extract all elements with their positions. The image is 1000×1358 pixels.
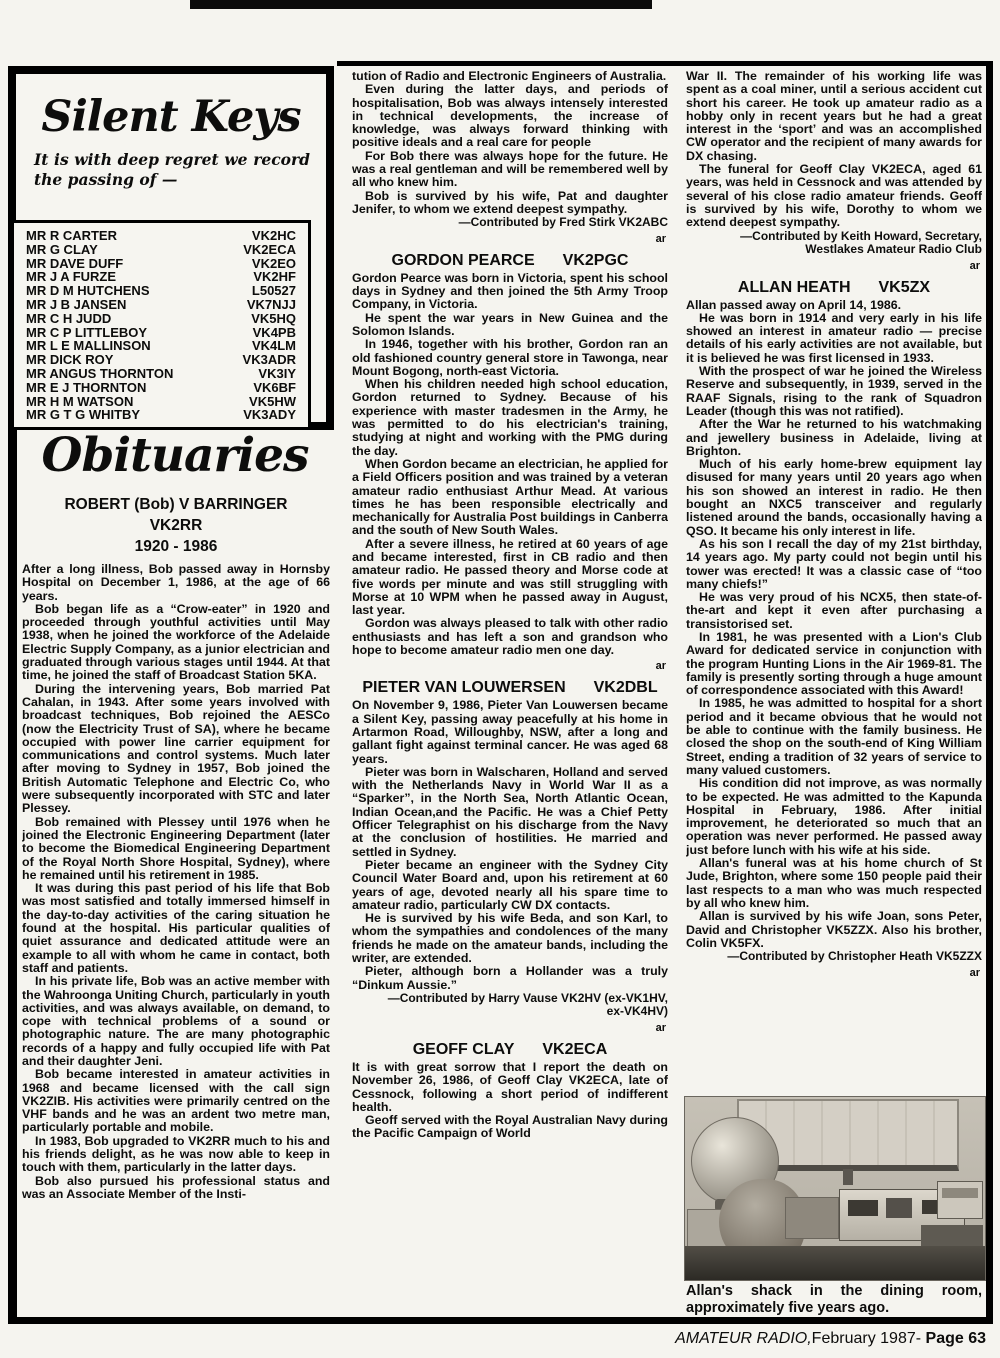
obituary-column-2: tution of Radio and Electronic Engineers… [352,70,668,1316]
obituary-paragraph: He is survived by his wife Beda, and son… [352,912,668,965]
silent-keys-name: MR C P LITTLEBOY [26,326,147,340]
contribution-line: Westlakes Amateur Radio Club [686,243,982,257]
silent-keys-name: MR DAVE DUFF [26,257,123,271]
contribution-credit: —Contributed by Christopher Heath VK5ZZX [686,950,982,964]
contribution-line: —Contributed by Fred Stirk VK2ABC [352,216,668,230]
obituary-heading-callsign: VK2ECA [542,1040,607,1059]
silent-keys-row: MR E J THORNTONVK6BF [26,381,296,395]
silent-keys-title: Silent Keys [16,92,326,142]
obituary-heading-name: GORDON PEARCE [392,251,535,270]
silent-keys-row: MR H M WATSONVK5HW [26,395,296,409]
silent-keys-name: MR R CARTER [26,229,117,243]
obituary-paragraph: He was very proud of his NCX5, then stat… [686,591,982,631]
shack-photo [684,1096,986,1281]
obituary-paragraph: On November 9, 1986, Pieter Van Louwerse… [352,699,668,765]
silent-keys-row: MR DAVE DUFFVK2EO [26,257,296,271]
obituary-header-line: VK2RR [22,515,330,536]
obituary-paragraph: He spent the war years in New Guinea and… [352,312,668,339]
photo-caption-line2: approximately five years ago. [686,1300,982,1317]
silent-keys-callsign: VK6BF [253,381,296,395]
silent-keys-row: MR C H JUDDVK5HQ [26,312,296,326]
obituary-header-line: ROBERT (Bob) V BARRINGER [22,494,330,515]
footer-magazine-name: AMATEUR RADIO, [675,1330,812,1347]
silent-keys-name: MR L E MALLINSON [26,339,151,353]
obituary-paragraph: Bob also pursued his professional status… [22,1175,330,1202]
obituary-paragraph: Allan passed away on April 14, 1986. [686,299,982,312]
obituary-paragraph: Much of his early home-brew equipment la… [686,458,982,538]
obituary-heading-name: GEOFF CLAY [413,1040,515,1059]
obituary-paragraph: After a severe illness, he retired at 60… [352,538,668,618]
page-right-rule [986,61,993,1324]
silent-keys-subtitle: It is with deep regret we record the pas… [34,150,310,190]
silent-keys-name: MR DICK ROY [26,353,113,367]
obituary-paragraph: tution of Radio and Electronic Engineers… [352,70,668,83]
silent-keys-callsign: VK5HQ [251,312,296,326]
obituary-paragraph: In his private life, Bob was an active m… [22,975,330,1068]
silent-keys-name: MR G T G WHITBY [26,408,140,422]
silent-keys-name: MR H M WATSON [26,395,133,409]
silent-keys-callsign: VK3ADR [243,353,296,367]
contribution-line: —Contributed by Christopher Heath VK5ZZX [686,950,982,964]
contribution-line: —Contributed by Harry Vause VK2HV (ex-VK… [352,992,668,1006]
obituary-paragraph: Even during the latter days, and periods… [352,83,668,149]
silent-keys-row: MR L E MALLINSONVK4LM [26,339,296,353]
obituary-paragraph: He was born in 1914 and very early in hi… [686,312,982,365]
photo-map-hanger [843,1169,853,1185]
obituary-paragraph: Bob became interested in amateur activit… [22,1068,330,1134]
footer-page-number: Page 63 [926,1330,986,1347]
page-bottom-rule [8,1317,993,1324]
silent-keys-callsign: VK2HC [252,229,296,243]
obituary-paragraph: In 1946, together with his brother, Gord… [352,338,668,378]
obituary-heading: GEOFF CLAYVK2ECA [352,1040,668,1059]
contribution-line: —Contributed by Keith Howard, Secretary, [686,230,982,244]
obituary-paragraph: Pieter became an engineer with the Sydne… [352,859,668,912]
contribution-credit: —Contributed by Keith Howard, Secretary,… [686,230,982,257]
contribution-line: ex-VK4HV) [352,1005,668,1019]
obituary-paragraph: With the prospect of war he joined the W… [686,365,982,418]
obituary-paragraph: Gordon Pearce was born in Victoria, spen… [352,272,668,312]
page-top-rule [337,61,993,66]
silent-keys-callsign: VK4PB [253,326,296,340]
silent-keys-callsign: VK2EO [252,257,296,271]
obituary-heading-callsign: VK5ZX [879,278,931,297]
silent-keys-subtitle-line2: the passing of — [34,170,310,190]
silent-keys-callsign: VK3IY [258,367,296,381]
silent-keys-name: MR E J THORNTON [26,381,146,395]
end-of-article-mark: ar [686,260,980,272]
obituary-paragraph: His condition did not improve, as was no… [686,777,982,857]
silent-keys-name: MR C H JUDD [26,312,111,326]
obituary-paragraph: The funeral for Geoff Clay VK2ECA, aged … [686,163,982,229]
magazine-page: Silent Keys It is with deep regret we re… [0,0,1000,1358]
silent-keys-row: MR D M HUTCHENSL50527 [26,284,296,298]
silent-keys-callsign: VK3ADY [243,408,296,422]
obituaries-title: Obituaries [20,428,330,483]
obituary-paragraph: Bob began life as a “Crow-eater” in 1920… [22,603,330,683]
obituary-paragraph: In 1983, Bob upgraded to VK2RR much to h… [22,1135,330,1175]
end-of-article-mark: ar [352,1022,666,1034]
obituary-heading: ALLAN HEATHVK5ZX [686,278,982,297]
obituary-header-line: 1920 - 1986 [22,536,330,557]
silent-keys-callsign: VK5HW [249,395,296,409]
silent-keys-name: MR D M HUTCHENS [26,284,150,298]
obituary-paragraph: It is with great sorrow that I report th… [352,1061,668,1114]
photo-transceiver-display [886,1198,912,1218]
obituary-paragraph: Bob is survived by his wife, Pat and dau… [352,190,668,217]
silent-keys-name: MR G CLAY [26,243,98,257]
end-of-article-mark: ar [352,233,666,245]
silent-keys-row: MR DICK ROYVK3ADR [26,353,296,367]
photo-desk [685,1246,985,1280]
obituary-paragraph: When his children needed high school edu… [352,378,668,458]
obituary-heading-callsign: VK2DBL [594,678,658,697]
obituary-paragraph: After the War he returned to his watchma… [686,418,982,458]
footer-date: February 1987- [812,1330,926,1347]
obituary-paragraph: During the intervening years, Bob marrie… [22,683,330,816]
obituary-paragraph: Geoff served with the Royal Australian N… [352,1114,668,1141]
scan-artifact-bar [190,0,652,9]
silent-keys-callsign: VK2ECA [243,243,296,257]
silent-keys-row: MR ANGUS THORNTONVK3IY [26,367,296,381]
silent-keys-callsign: VK7NJJ [247,298,296,312]
end-of-article-mark: ar [686,967,980,979]
obituary-paragraph: In 1985, he was admitted to hospital for… [686,697,982,777]
silent-keys-name: MR J A FURZE [26,270,116,284]
end-of-article-mark: ar [352,660,666,672]
obituary-heading-name: ALLAN HEATH [738,278,851,297]
obituary-heading: GORDON PEARCEVK2PGC [352,251,668,270]
obituary-header-block: ROBERT (Bob) V BARRINGERVK2RR1920 - 1986 [22,494,330,557]
obituary-heading-callsign: VK2PGC [563,251,629,270]
obituary-paragraph: Allan is survived by his wife Joan, sons… [686,910,982,950]
obituary-paragraph: Pieter was born in Walscharen, Holland a… [352,766,668,859]
photo-caption: Allan's shack in the dining room, approx… [686,1283,982,1316]
obituary-paragraph: After a long illness, Bob passed away in… [22,563,330,603]
contribution-credit: —Contributed by Fred Stirk VK2ABC [352,216,668,230]
photo-transceiver-dial [848,1200,878,1216]
obituary-paragraph: For Bob there was always hope for the fu… [352,150,668,190]
obituary-heading: PIETER VAN LOUWERSENVK2DBL [352,678,668,697]
obituary-column-3: War II. The remainder of his working lif… [686,70,982,1092]
obituary-paragraph: Pieter, although born a Hollander was a … [352,965,668,992]
obituary-column-1: ROBERT (Bob) V BARRINGERVK2RR1920 - 1986… [22,494,330,1316]
obituary-paragraph: War II. The remainder of his working lif… [686,70,982,163]
silent-keys-name: MR J B JANSEN [26,298,126,312]
obituary-heading-name: PIETER VAN LOUWERSEN [362,678,565,697]
silent-keys-name: MR ANGUS THORNTON [26,367,173,381]
photo-papers [785,1197,839,1239]
silent-keys-box: Silent Keys It is with deep regret we re… [8,66,334,430]
silent-keys-list: MR R CARTERVK2HCMR G CLAYVK2ECAMR DAVE D… [11,220,311,430]
silent-keys-callsign: VK2HF [253,270,296,284]
silent-keys-row: MR C P LITTLEBOYVK4PB [26,326,296,340]
contribution-credit: —Contributed by Harry Vause VK2HV (ex-VK… [352,992,668,1019]
obituary-paragraph: When Gordon became an electrician, he ap… [352,458,668,538]
obituary-paragraph: Allan's funeral was at his home church o… [686,857,982,910]
silent-keys-callsign: VK4LM [252,339,296,353]
photo-caption-line1: Allan's shack in the dining room, [686,1283,982,1300]
obituary-paragraph: As his son I recall the day of my 21st b… [686,538,982,591]
silent-keys-callsign: L50527 [252,284,296,298]
silent-keys-row: MR G CLAYVK2ECA [26,243,296,257]
obituary-paragraph: Gordon was always pleased to talk with o… [352,617,668,657]
silent-keys-row: MR R CARTERVK2HC [26,229,296,243]
silent-keys-row: MR J B JANSENVK7NJJ [26,298,296,312]
page-footer: AMATEUR RADIO,February 1987- Page 63 [300,1330,986,1348]
silent-keys-row: MR J A FURZEVK2HF [26,270,296,284]
obituary-paragraph: It was during this past period of his li… [22,882,330,975]
photo-meters [937,1181,983,1219]
silent-keys-subtitle-line1: It is with deep regret we record [34,150,310,170]
obituary-paragraph: Bob remained with Plessey until 1976 whe… [22,816,330,882]
obituary-paragraph: In 1981, he was presented with a Lion's … [686,631,982,697]
silent-keys-row: MR G T G WHITBYVK3ADY [26,408,296,422]
